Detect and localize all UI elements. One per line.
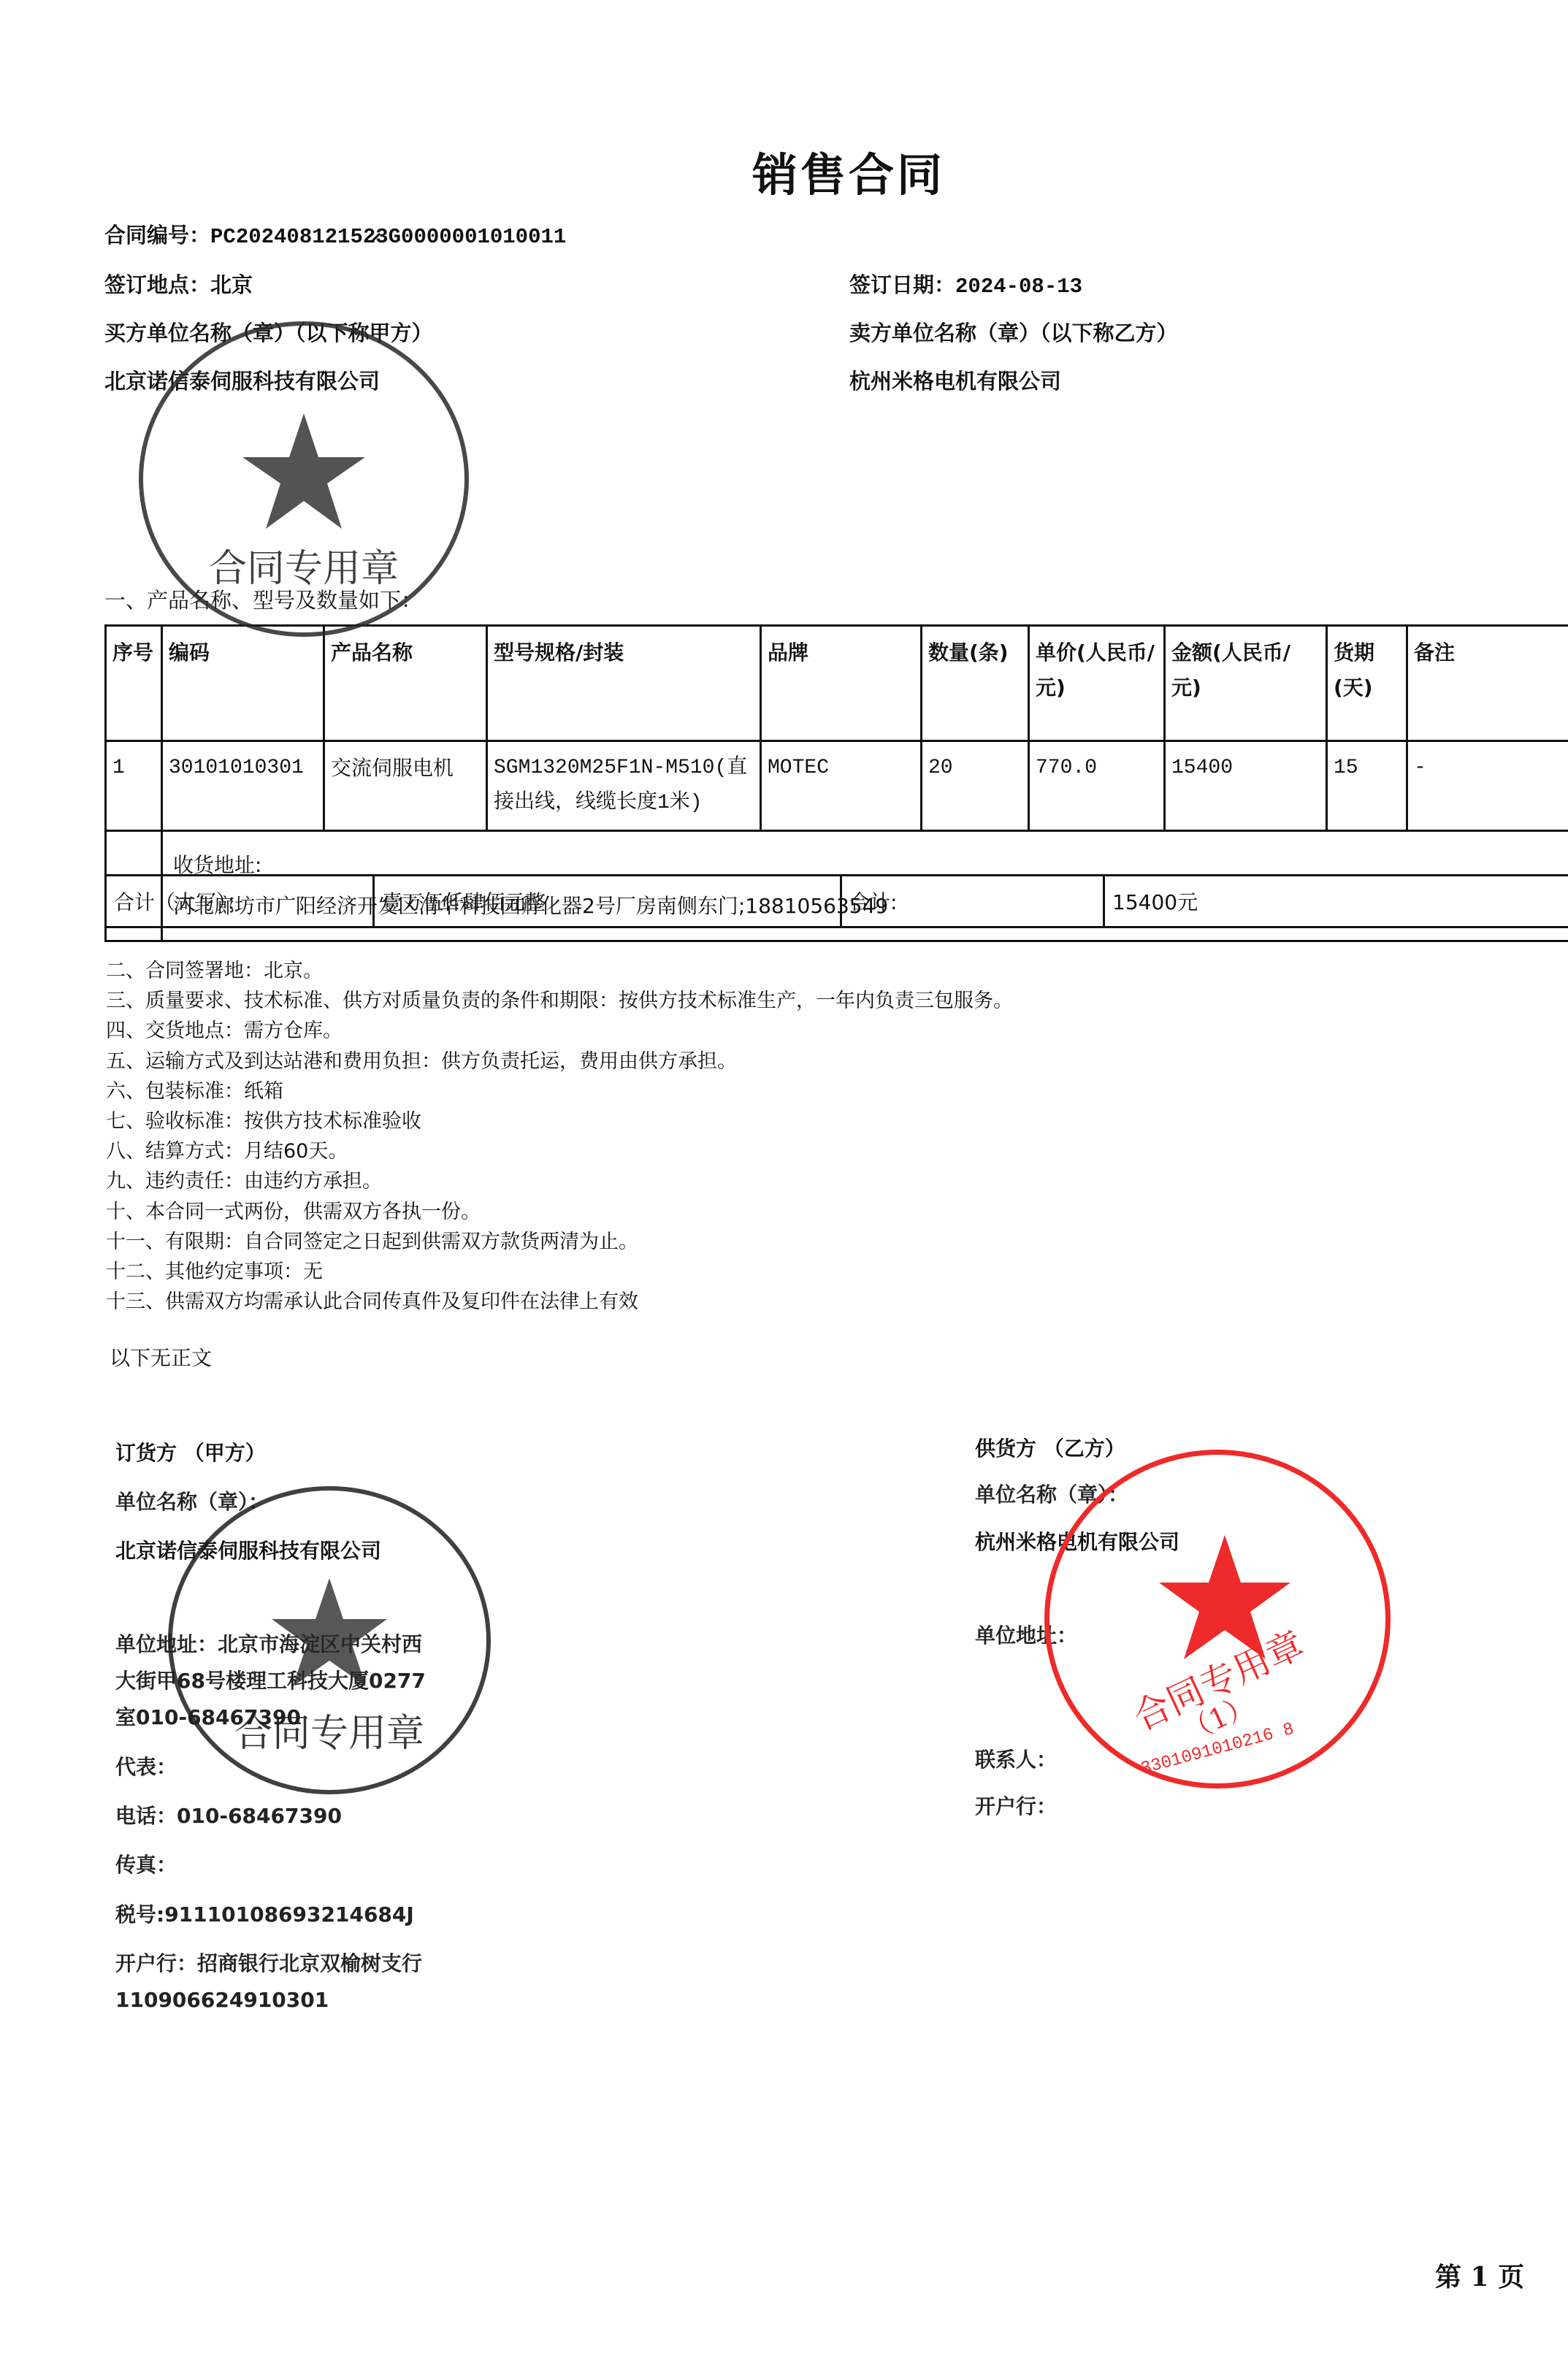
contract-number-value: PC20240812152̷3G0000001010011 xyxy=(210,225,566,249)
term-item: 八、结算方式：月结60天。 xyxy=(106,1135,348,1163)
term-item: 十三、供需双方均需承认此合同传真件及复印件在法律上有效 xyxy=(106,1285,638,1314)
term-item: 二、合同签署地：北京。 xyxy=(106,954,323,983)
buyer-account: 110906624910301 xyxy=(115,1988,329,2012)
header-lead-days: 货期(天) xyxy=(1327,626,1407,741)
cell-unit-price: 770.0 xyxy=(1029,741,1165,831)
cell-lead-days: 15 xyxy=(1327,741,1407,831)
buyer-address-line2: 大街甲68号楼理工科技大厦0277 xyxy=(115,1665,426,1694)
header-seq: 序号 xyxy=(106,626,162,741)
term-item: 十二、其他约定事项：无 xyxy=(106,1255,323,1284)
term-item: 七、验收标准：按供方技术标准验收 xyxy=(106,1105,421,1133)
sign-place: 签订地点：北京 xyxy=(104,269,253,299)
header-product: 产品名称 xyxy=(324,626,487,741)
header-remark: 备注 xyxy=(1407,626,1568,741)
page-number: 第 1 页 xyxy=(1435,2257,1524,2294)
seller-contact-label: 联系人： xyxy=(975,1744,1057,1773)
header-model: 型号规格/封装 xyxy=(487,626,761,741)
seller-name: 杭州米格电机有限公司 xyxy=(849,365,1061,395)
seller-unit-name-label: 单位名称（章）： xyxy=(975,1479,1128,1508)
buyer-unit-name-label: 单位名称（章）： xyxy=(115,1486,269,1515)
total-label: 合计: xyxy=(841,876,1104,927)
sign-place-value: 北京 xyxy=(210,272,253,297)
section1-heading: 一、产品名称、型号及数量如下： xyxy=(104,584,422,614)
header-amount: 金额(人民币/元) xyxy=(1165,626,1327,741)
buyer-name: 北京诺信泰伺服科技有限公司 xyxy=(104,365,380,395)
cell-seq: 1 xyxy=(106,741,162,831)
total-value: 15400元 xyxy=(1104,876,1568,927)
buyer-rep-label: 代表： xyxy=(115,1751,177,1780)
term-item: 三、质量要求、技术标准、供方对质量负责的条件和期限：按供方技术标准生产，一年内负… xyxy=(106,984,1013,1013)
cell-code: 30101010301 xyxy=(162,741,324,831)
buyer-phone: 电话：010-68467390 xyxy=(115,1800,342,1829)
seller-seal-sub-text: （1） xyxy=(1057,1626,1378,1805)
cell-amount: 15400 xyxy=(1165,741,1327,831)
buyer-fax: 传真： xyxy=(115,1849,177,1878)
term-item: 五、运输方式及到达站港和费用负担：供方负责托运，费用由供方承担。 xyxy=(106,1045,737,1074)
no-more-text: 以下无正文 xyxy=(110,1342,212,1371)
buyer-address-line3: 室010-68467390 xyxy=(115,1702,301,1731)
buyer-bank: 开户行：招商银行北京双榆树支行 xyxy=(115,1948,422,1977)
total-upper-label: 合计（大写）： xyxy=(106,876,374,927)
term-item: 十一、有限期：自合同签定之日起到供需双方款货两清为止。 xyxy=(106,1225,638,1254)
cell-remark: - xyxy=(1407,741,1568,831)
totals-table: 合计（大写）： 壹万伍仟肆佰元整 合计: 15400元 xyxy=(104,874,1568,928)
header-qty: 数量(条) xyxy=(922,626,1029,741)
cell-product: 交流伺服电机 xyxy=(324,741,487,831)
buyer-label: 买方单位名称（章）（以下称甲方） xyxy=(104,317,433,347)
seller-seal-code: 3301091010216 8 xyxy=(1052,1696,1382,1802)
seller-unit-name: 杭州米格电机有限公司 xyxy=(975,1526,1179,1556)
term-item: 十、本合同一式两份，供需双方各执一份。 xyxy=(106,1195,481,1224)
table-header-row: 序号 编码 产品名称 型号规格/封装 品牌 数量(条) 单价(人民币/元) 金额… xyxy=(106,626,1568,741)
seller-block-heading: 供货方 （乙方） xyxy=(975,1433,1125,1462)
term-item: 九、违约责任：由违约方承担。 xyxy=(106,1165,382,1193)
sign-date: 签订日期：2024-08-13 xyxy=(849,269,1082,299)
header-unit-price: 单价(人民币/元) xyxy=(1029,626,1165,741)
sign-date-label: 签订日期： xyxy=(849,272,955,297)
sign-date-value: 2024-08-13 xyxy=(955,275,1082,299)
seller-label: 卖方单位名称（章）（以下称乙方） xyxy=(849,317,1178,347)
document-title: 销售合同 xyxy=(752,139,945,204)
term-item: 四、交货地点：需方仓库。 xyxy=(106,1014,343,1043)
cell-brand: MOTEC xyxy=(761,741,922,831)
seller-seal-center-text: 合同专用章 xyxy=(1054,1583,1380,1773)
buyer-block-heading: 订货方 （甲方） xyxy=(115,1437,266,1466)
buyer-unit-name: 北京诺信泰伺服科技有限公司 xyxy=(115,1535,381,1564)
seller-address-label: 单位地址： xyxy=(975,1620,1077,1649)
cell-qty: 20 xyxy=(922,741,1029,831)
totals-row: 合计（大写）： 壹万伍仟肆佰元整 合计: 15400元 xyxy=(106,876,1568,927)
cell-model: SGM1320M25F1N-M510(直接出线，线缆长度1米) xyxy=(487,741,761,831)
buyer-tax-no: 税号:91110108693214684J xyxy=(115,1899,414,1928)
contract-number-label: 合同编号： xyxy=(104,223,210,248)
sign-place-label: 签订地点： xyxy=(104,272,210,297)
seller-bank-label: 开户行： xyxy=(975,1791,1057,1820)
term-item: 六、包装标准：纸箱 xyxy=(106,1075,283,1103)
total-upper-value: 壹万伍仟肆佰元整 xyxy=(374,876,841,927)
contract-number: 合同编号：PC20240812152̷3G0000001010011 xyxy=(104,219,566,249)
header-brand: 品牌 xyxy=(761,626,922,741)
table-row: 1 30101010301 交流伺服电机 SGM1320M25F1N-M510(… xyxy=(106,741,1568,831)
buyer-address-line1: 单位地址：北京市海淀区中关村西 xyxy=(115,1629,422,1658)
header-code: 编码 xyxy=(162,626,324,741)
